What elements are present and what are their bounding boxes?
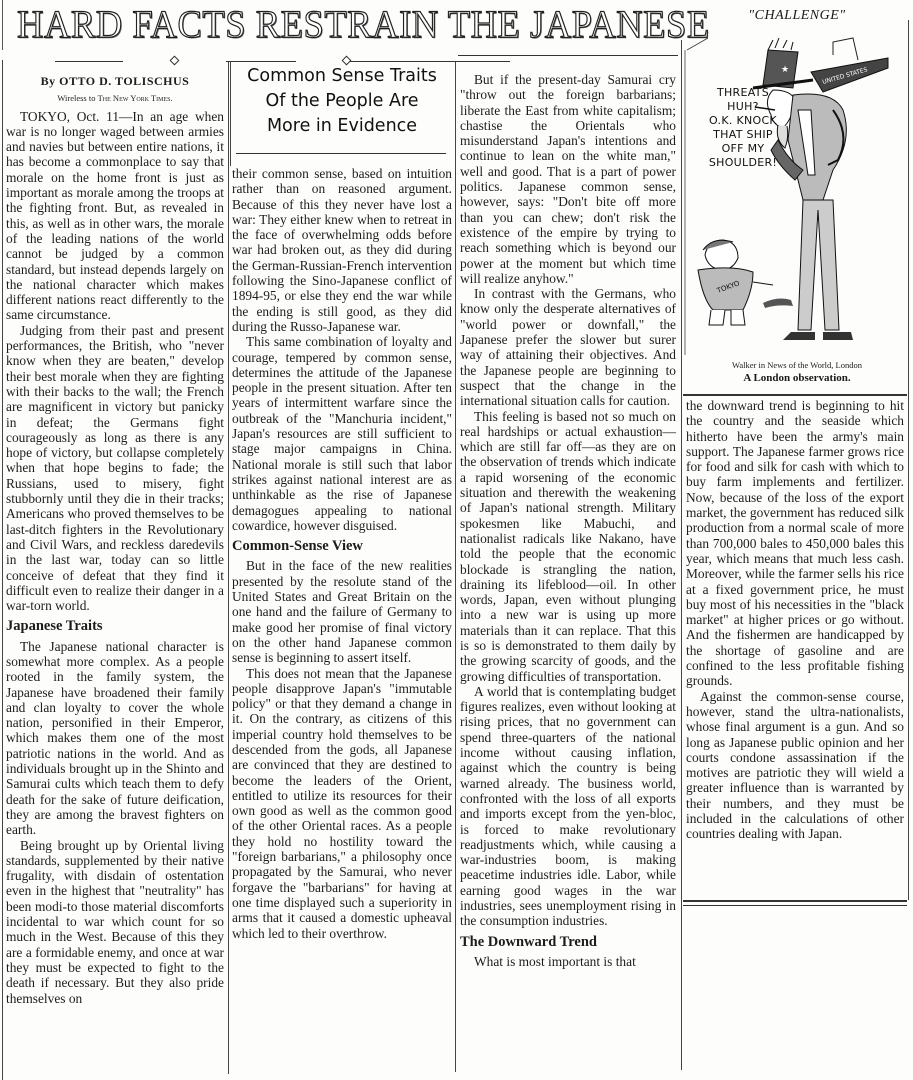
- speech-line: THAT SHIP: [703, 128, 783, 142]
- subheadline-line: Common Sense Traits: [231, 64, 453, 89]
- wireless-paper: The New York Times.: [98, 93, 173, 103]
- column-divider: [2, 60, 3, 1080]
- headline-box: HARD FACTS RESTRAIN THE JAPANESE: [2, 0, 679, 50]
- paragraph: What is most important is that: [460, 954, 676, 969]
- subheadline-line: Of the People Are: [231, 89, 453, 114]
- subheadline-line: More in Evidence: [231, 114, 453, 139]
- speech-line: THREATS: [703, 86, 783, 100]
- headline-rule-right-2: [458, 55, 678, 56]
- svg-text:★: ★: [781, 65, 789, 75]
- paragraph: Judging from their past and present perf…: [6, 323, 224, 614]
- article-column-2: their common sense, based on intuition r…: [232, 166, 452, 941]
- paragraph: Against the common-sense course, however…: [686, 689, 904, 842]
- cartoon-caption: A London observation.: [683, 372, 911, 384]
- paragraph: But in the face of the new realities pre…: [232, 558, 452, 665]
- paragraph: This feeling is based not so much on rea…: [460, 409, 676, 684]
- ornament-diamond-icon: [170, 56, 180, 66]
- article-column-4: the downward trend is beginning to hit t…: [686, 398, 904, 842]
- subheadline-box: Common Sense Traits Of the People Are Mo…: [230, 62, 453, 166]
- cartoon-credit: Walker in News of the World, London: [683, 360, 911, 370]
- subheadline-rule: [236, 153, 446, 154]
- article-column-1: By OTTO D. TOLISCHUS Wireless to The New…: [6, 66, 224, 1006]
- headline-rule-left: [55, 61, 123, 62]
- newspaper-clipping: HARD FACTS RESTRAIN THE JAPANESE By OTTO…: [0, 0, 913, 1080]
- subheadline: Common Sense Traits Of the People Are Mo…: [231, 64, 453, 139]
- column-divider: [228, 62, 229, 1074]
- paragraph: the downward trend is beginning to hit t…: [686, 398, 904, 689]
- paragraph: But if the present-day Samurai cry "thro…: [460, 72, 676, 286]
- speech-bubble-text: THREATS HUH? O.K. KNOCK THAT SHIP OFF MY…: [703, 86, 783, 170]
- wireless-prefix: Wireless to: [57, 93, 97, 103]
- paragraph: This same combination of loyalty and cou…: [232, 334, 452, 533]
- headline: HARD FACTS RESTRAIN THE JAPANESE: [17, 2, 710, 47]
- paragraph: The Japanese national character is somew…: [6, 639, 224, 838]
- section-heading: The Downward Trend: [460, 935, 676, 950]
- paragraph: TOKYO, Oct. 11—In an age when war is no …: [6, 109, 224, 323]
- column-divider: [681, 40, 682, 1070]
- paragraph: their common sense, based on intuition r…: [232, 166, 452, 334]
- section-heading: Common-Sense View: [232, 539, 452, 554]
- uncle-sam-cartoon-illustration: ★ UNITED STATES TOKYO: [683, 0, 911, 360]
- editorial-cartoon: "CHALLENGE" ★ UNITED STATES: [683, 0, 911, 390]
- paragraph: A world that is contemplating budget fig…: [460, 684, 676, 929]
- column-end-rule: [683, 900, 907, 902]
- speech-line: HUH?: [703, 100, 783, 114]
- speech-line: OFF MY: [703, 142, 783, 156]
- speech-line: O.K. KNOCK: [703, 114, 783, 128]
- paragraph: In contrast with the Germans, who know o…: [460, 286, 676, 408]
- section-heading: Japanese Traits: [6, 619, 224, 634]
- paragraph: This does not mean that the Japanese peo…: [232, 666, 452, 941]
- paragraph: Being brought up by Oriental living stan…: [6, 838, 224, 1006]
- article-column-3: But if the present-day Samurai cry "thro…: [460, 72, 676, 969]
- byline-wireless: Wireless to The New York Times.: [6, 91, 224, 106]
- cartoon-rule: [683, 394, 907, 396]
- byline-author: By OTTO D. TOLISCHUS: [6, 74, 224, 89]
- column-end-rule-2: [683, 905, 907, 906]
- speech-line: SHOULDER!: [703, 156, 783, 170]
- column-divider: [455, 62, 456, 1072]
